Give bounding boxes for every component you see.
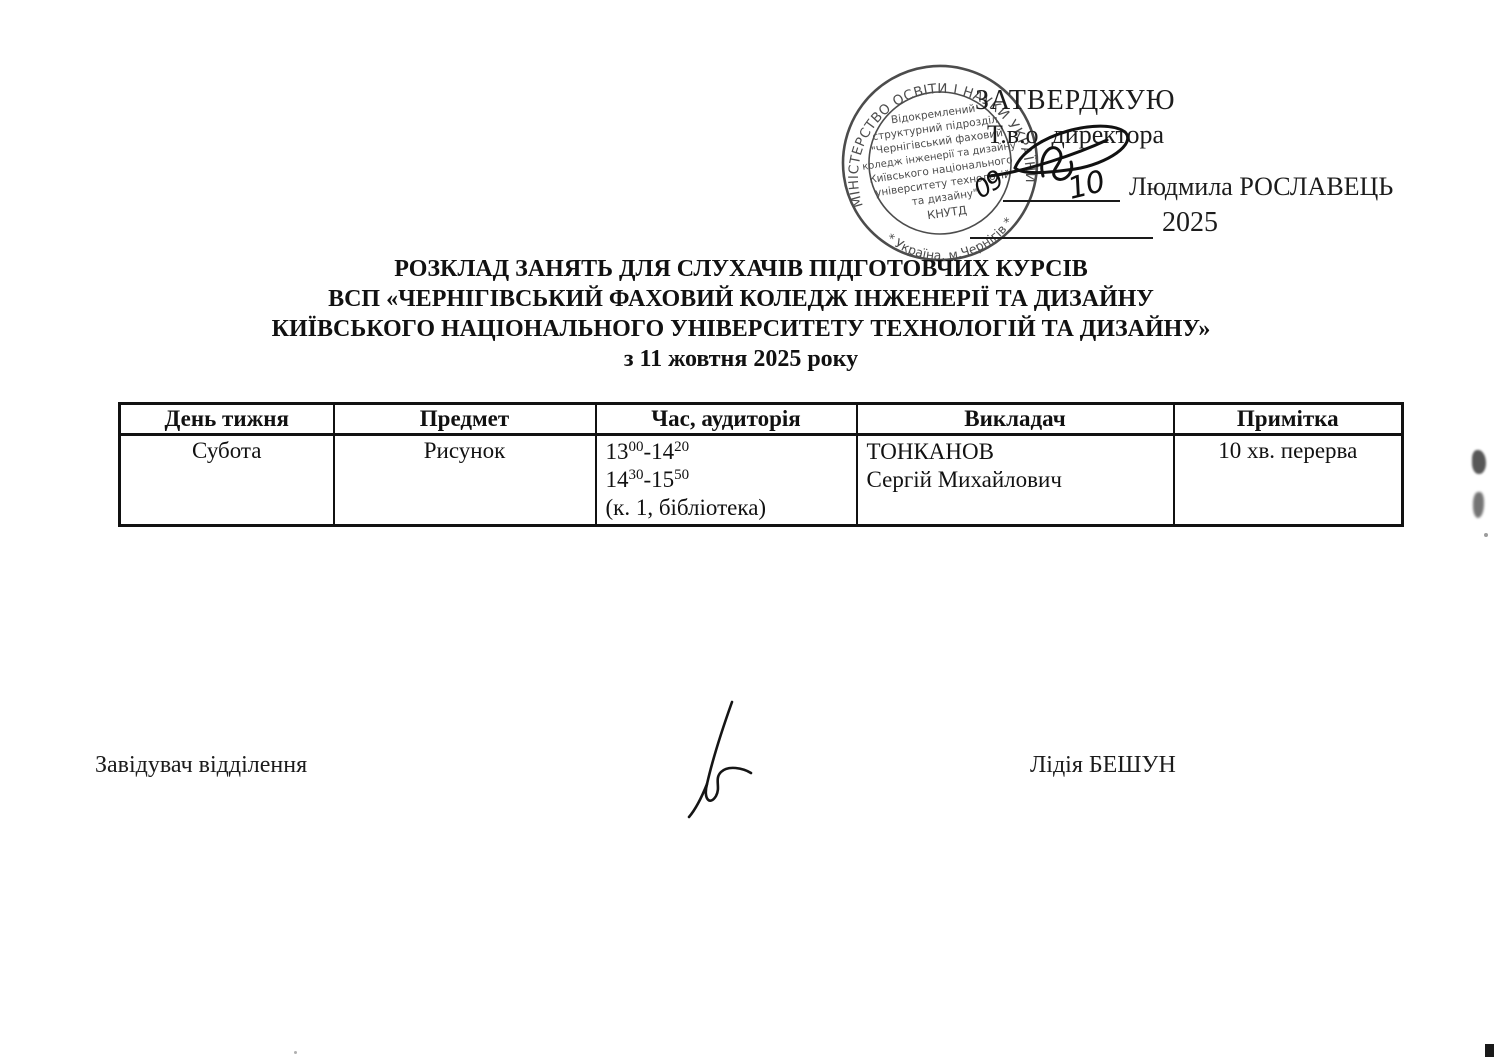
cell-note: 10 хв. перерва xyxy=(1174,435,1403,526)
title-line-3: КИЇВСЬКОГО НАЦІОНАЛЬНОГО УНІВЕРСИТЕТУ ТЕ… xyxy=(0,314,1482,344)
room-line: (к. 1, бібліотека) xyxy=(606,494,850,522)
cell-teacher: ТОНКАНОВ Сергій Михайлович xyxy=(857,435,1174,526)
footer-position-label: Завідувач відділення xyxy=(95,752,307,779)
title-line-4: з 11 жовтня 2025 року xyxy=(0,344,1482,374)
cell-subject: Рисунок xyxy=(334,435,596,526)
approver-name: Людмила РОСЛАВЕЦЬ xyxy=(1129,173,1393,202)
footer-person-name: Лідія БЕШУН xyxy=(1030,752,1176,779)
time-line-2: 1430-1550 xyxy=(606,466,850,494)
scanned-document-page: МІНІСТЕРСТВО ОСВІТИ І НАУКИ УКРАЇНИ * Ук… xyxy=(0,0,1496,1058)
header-day: День тижня xyxy=(120,404,334,435)
department-head-signature xyxy=(670,698,780,820)
title-line-2: ВСП «ЧЕРНІГІВСЬКИЙ ФАХОВИЙ КОЛЕДЖ ІНЖЕНЕ… xyxy=(0,284,1482,314)
scan-smudge xyxy=(1473,492,1484,518)
document-title: РОЗКЛАД ЗАНЯТЬ ДЛЯ СЛУХАЧІВ ПІДГОТОВЧИХ … xyxy=(0,254,1482,374)
header-subject: Предмет xyxy=(334,404,596,435)
scan-corner-mark xyxy=(1485,1044,1494,1057)
header-time-room: Час, аудиторія xyxy=(596,404,857,435)
cell-time-room: 1300-1420 1430-1550 (к. 1, бібліотека) xyxy=(596,435,857,526)
header-note: Примітка xyxy=(1174,404,1403,435)
scan-speck xyxy=(1484,533,1488,537)
table-row: Субота Рисунок 1300-1420 1430-1550 (к. 1… xyxy=(120,435,1403,526)
scan-speck xyxy=(294,1051,297,1054)
title-line-1: РОЗКЛАД ЗАНЯТЬ ДЛЯ СЛУХАЧІВ ПІДГОТОВЧИХ … xyxy=(0,254,1482,284)
scan-smudge xyxy=(1472,450,1486,474)
date-line xyxy=(970,209,1153,239)
table-header: День тижня Предмет Час, аудиторія Виклад… xyxy=(120,404,1403,435)
teacher-given-name: Сергій Михайлович xyxy=(867,466,1167,494)
schedule-table: День тижня Предмет Час, аудиторія Виклад… xyxy=(118,402,1404,527)
cell-day: Субота xyxy=(120,435,334,526)
teacher-surname: ТОНКАНОВ xyxy=(867,438,1167,466)
time-line-1: 1300-1420 xyxy=(606,438,850,466)
approval-date-row: 2025 xyxy=(970,208,1425,239)
approval-year: 2025 xyxy=(1162,208,1218,239)
header-teacher: Викладач xyxy=(857,404,1174,435)
stamp-line-8: КНУТД xyxy=(926,203,967,222)
